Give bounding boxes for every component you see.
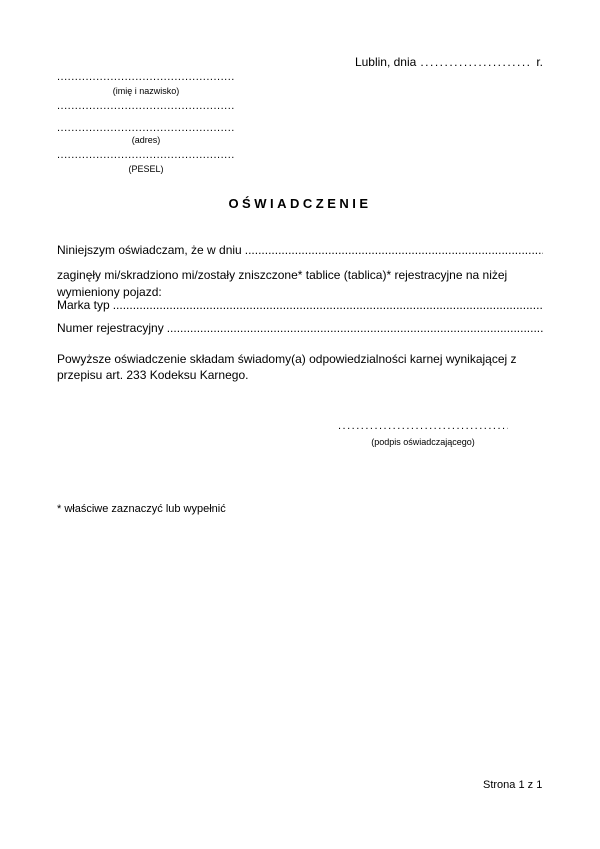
declarant-address-line-1: ........................................… (57, 101, 235, 112)
registration-row: Numer rejestracyjny ....................… (57, 321, 543, 336)
declarant-pesel-label: (PESEL) (57, 164, 235, 174)
registration-label: Numer rejestracyjny (57, 321, 164, 336)
declarant-pesel-line: ........................................… (57, 150, 235, 161)
liability-line-2: przepisu art. 233 Kodeksu Karnego. (57, 368, 543, 383)
declarant-address-label: (adres) (57, 135, 235, 145)
signature-caption: (podpis oświadczającego) (338, 437, 508, 447)
brand-row: Marka typ ..............................… (57, 298, 543, 313)
statement-intro-text: Niniejszym oświadczam, że w dniu (57, 243, 242, 258)
document-page: Lublin, dnia ...........................… (0, 0, 600, 849)
brand-label: Marka typ (57, 298, 110, 313)
declarant-block: ........................................… (57, 72, 235, 180)
page-number: Strona 1 z 1 (483, 779, 542, 791)
date-line: Lublin, dnia ...........................… (355, 55, 543, 69)
declarant-name-label: (imię i nazwisko) (57, 86, 235, 96)
brand-fill-line: ........................................… (113, 298, 543, 313)
footnote: * właściwe zaznaczyć lub wypełnić (57, 503, 226, 515)
signature-line: ........................................… (338, 421, 508, 432)
date-year-suffix: r. (536, 55, 543, 69)
liability-line-1: Powyższe oświadczenie składam świadomy(a… (57, 352, 543, 367)
registration-fill-line: ........................................… (167, 321, 543, 336)
statement-date-fill-line: ........................................… (245, 243, 543, 258)
statement-body-line-1: zaginęły mi/skradziono mi/zostały zniszc… (57, 268, 543, 283)
date-fill-line: ........................................… (420, 55, 532, 69)
document-title: OŚWIADCZENIE (0, 196, 600, 211)
date-city-label: Lublin, dnia (355, 55, 416, 69)
declarant-address-line-2: ........................................… (57, 123, 235, 134)
declarant-name-line: ........................................… (57, 72, 235, 83)
statement-intro-line: Niniejszym oświadczam, że w dniu .......… (57, 243, 543, 258)
